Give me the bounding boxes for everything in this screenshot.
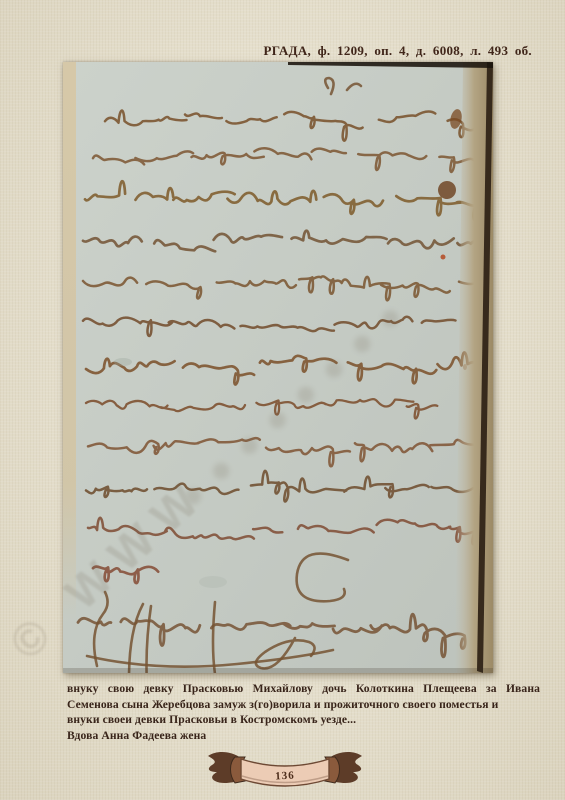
- ribbon-left-tail: [208, 752, 245, 783]
- manuscript-photo: [63, 62, 493, 673]
- book-left-edge: [63, 62, 76, 622]
- caption-line: Вдова Анна Фадеева жена: [67, 728, 540, 744]
- ribbon-svg: 136: [205, 746, 365, 792]
- caption-line: Семенова сына Жеребцова замуж з(го)ворил…: [67, 697, 540, 713]
- caption-line: внуки своеи девки Прасковьи в Костромско…: [67, 712, 540, 728]
- archive-reference-header: РГАДА, ф. 1209, оп. 4, д. 6008, л. 493 о…: [264, 43, 532, 59]
- manuscript-photo-svg: [63, 62, 493, 673]
- caption: внуку свою девку Прасковью Михайлову доч…: [67, 681, 540, 743]
- page-number-ribbon: 136: [205, 746, 365, 797]
- document-page: РГАДА, ф. 1209, оп. 4, д. 6008, л. 493 о…: [0, 0, 565, 800]
- photo-bottom-shade: [63, 668, 493, 673]
- caption-line: внуку свою девку Прасковью Михайлову доч…: [67, 681, 540, 697]
- ribbon-right-tail: [325, 752, 362, 783]
- page-number: 136: [275, 769, 295, 782]
